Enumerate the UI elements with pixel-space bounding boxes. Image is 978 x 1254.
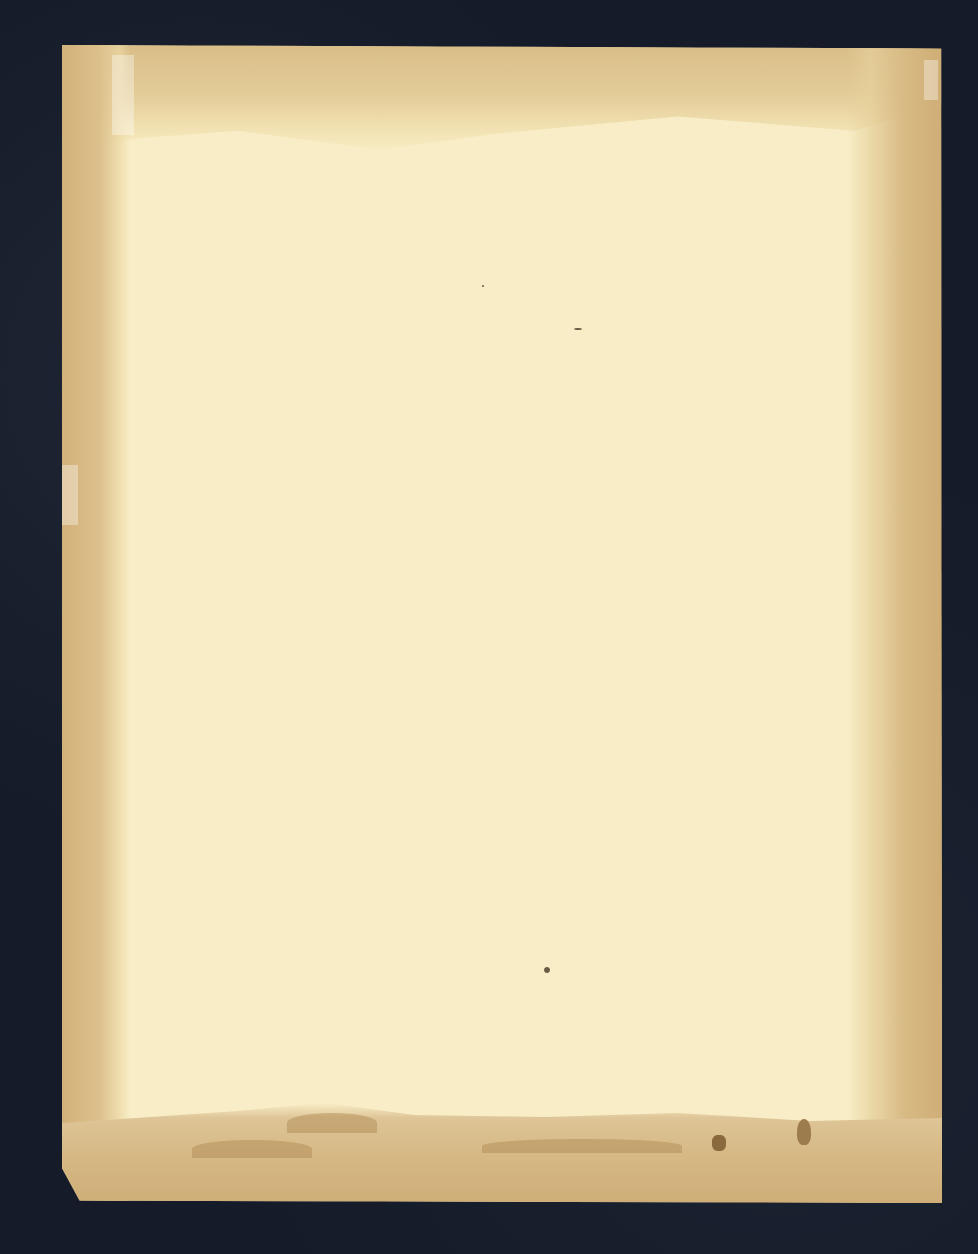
figure-silhouette	[712, 1135, 726, 1151]
landscape-hill	[192, 1140, 312, 1158]
paper-wear-mark	[112, 55, 134, 135]
tree-silhouette	[797, 1119, 811, 1145]
left-wash-border	[62, 45, 130, 1203]
right-wash-border	[847, 45, 942, 1203]
top-wash-border	[62, 45, 942, 155]
landscape-hill	[482, 1139, 682, 1153]
ink-spot	[482, 285, 484, 287]
ink-spot	[574, 328, 582, 330]
ink-spot	[544, 967, 550, 973]
paper-wear-mark	[924, 60, 938, 100]
landscape-hill	[287, 1113, 377, 1133]
paper-wear-mark	[62, 465, 78, 525]
aged-paper-sheet	[62, 45, 942, 1203]
